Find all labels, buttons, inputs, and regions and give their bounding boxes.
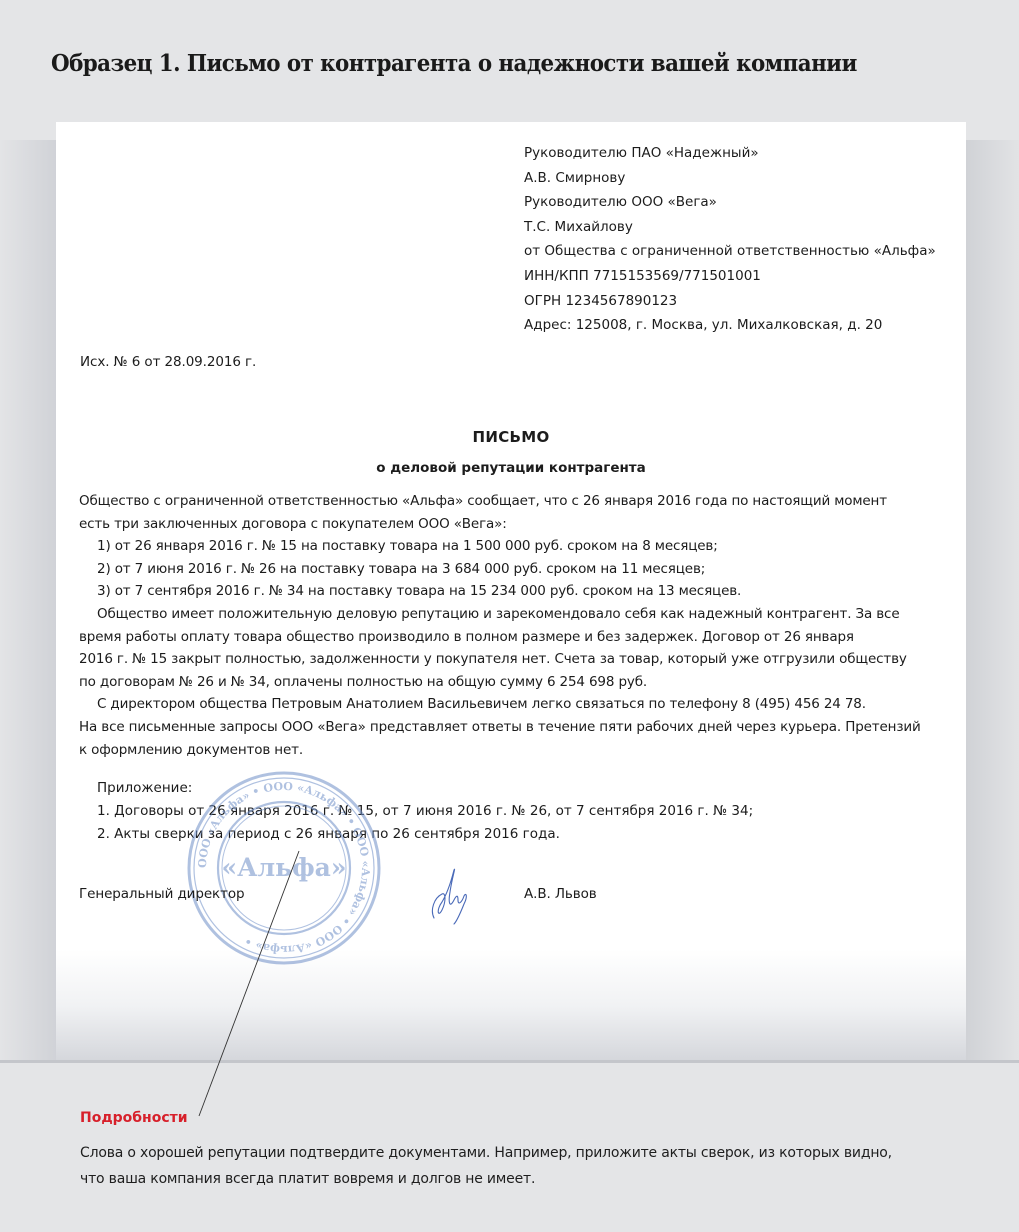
body-line: есть три заключенных договора с покупате… <box>79 513 959 536</box>
sender-line: от Общества с ограниченной ответственнос… <box>524 241 936 266</box>
body-line: по договорам № 26 и № 34, оплачены полно… <box>79 671 959 694</box>
body-line: На все письменные запросы ООО «Вега» пре… <box>79 716 959 739</box>
contract-item: 2) от 7 июня 2016 г. № 26 на поставку то… <box>79 558 959 581</box>
paper-shadow-left <box>0 140 60 1062</box>
signatory-name: А.В. Львов <box>524 886 597 902</box>
details-line: что ваша компания всегда платит вовремя … <box>80 1166 892 1192</box>
addressee-block: Руководителю ПАО «Надежный» А.В. Смирнов… <box>524 143 936 340</box>
letter-body: Общество с ограниченной ответственностью… <box>79 490 959 761</box>
details-line: Слова о хорошей репутации подтвердите до… <box>80 1140 892 1166</box>
body-line: время работы оплату товара общество прои… <box>79 626 959 649</box>
body-line: С директором общества Петровым Анатолием… <box>79 693 959 716</box>
contract-item: 3) от 7 сентября 2016 г. № 34 на поставк… <box>79 580 959 603</box>
addressee-line: А.В. Смирнову <box>524 168 936 193</box>
body-line: Общество имеет положительную деловую реп… <box>79 603 959 626</box>
page-title: Образец 1. Письмо от контрагента о надеж… <box>51 50 857 77</box>
addressee-line: Т.С. Михайлову <box>524 217 936 242</box>
addressee-line: Руководителю ООО «Вега» <box>524 192 936 217</box>
sender-line: ИНН/КПП 7715153569/771501001 <box>524 266 936 291</box>
body-line: Общество с ограниченной ответственностью… <box>79 490 959 513</box>
letter-heading: ПИСЬМО <box>56 428 966 446</box>
company-stamp: ООО «Альфа» • ООО «Альфа» • ООО «Альфа» … <box>186 770 382 966</box>
details-text: Слова о хорошей репутации подтвердите до… <box>80 1140 892 1192</box>
stamp-center-text: «Альфа» <box>222 853 347 882</box>
contract-item: 1) от 26 января 2016 г. № 15 на поставку… <box>79 535 959 558</box>
signature-icon <box>428 866 472 926</box>
sender-line: ОГРН 1234567890123 <box>524 291 936 316</box>
sender-line: Адрес: 125008, г. Москва, ул. Михалковск… <box>524 315 936 340</box>
outgoing-reference: Исх. № 6 от 28.09.2016 г. <box>80 354 256 370</box>
body-line: к оформлению документов нет. <box>79 739 959 762</box>
sheet-bottom-edge <box>0 1060 1019 1063</box>
letter-subheading: о деловой репутации контрагента <box>56 460 966 476</box>
details-title: Подробности <box>80 1110 188 1126</box>
signatory-role: Генеральный директор <box>79 886 244 902</box>
addressee-line: Руководителю ПАО «Надежный» <box>524 143 936 168</box>
paper-shadow-right <box>966 140 1019 1062</box>
body-line: 2016 г. № 15 закрыт полностью, задолженн… <box>79 648 959 671</box>
